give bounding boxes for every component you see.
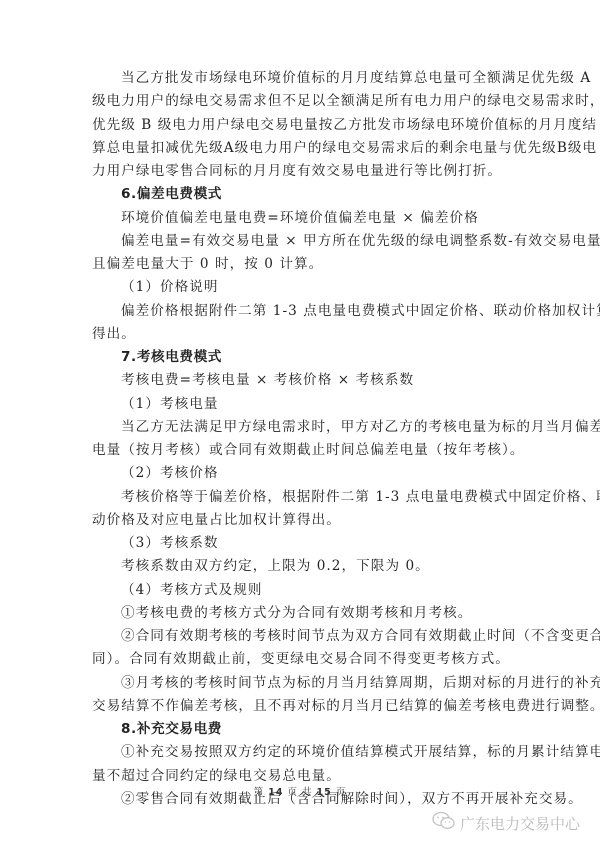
line-text: 力用户绿电零售合同标的月月度有效交易电量进行等比例打折。 [92, 163, 502, 179]
paragraph-line: 同）。合同有效期截止前，变更绿电交易合同不得变更考核方式。 [92, 648, 510, 671]
document-body: 当乙方批发市场绿电环境价值标的月月度结算总电量可全额满足优先级 A级电力用户的绿… [92, 67, 510, 811]
watermark-text: 广东电力交易中心 [460, 813, 580, 834]
paragraph-line: 电量（按月考核）或合同有效期截止时间总偏差电量（按年考核）。 [92, 439, 510, 462]
wechat-icon [432, 811, 460, 835]
paragraph-line: ①考核电费的考核方式分为合同有效期考核和月考核。 [92, 602, 510, 625]
paragraph-line: 交易结算不作偏差考核，且不再对标的月当月已结算的偏差考核电费进行调整。 [92, 695, 510, 718]
footer-middle: 页 共 [287, 787, 312, 798]
line-text: （1）价格说明 [121, 279, 219, 295]
line-text: 偏差价格根据附件二第 1-3 点电量电费模式中固定价格、联动价格加权计算 [121, 300, 510, 323]
paragraph-line: 优先级 B 级电力用户绿电交易电量按乙方批发市场绿电环境价值标的月月度结 [92, 114, 510, 137]
paragraph-line: 力用户绿电零售合同标的月月度有效交易电量进行等比例打折。 [92, 160, 510, 183]
line-text: 6.偏差电费模式 [121, 186, 222, 202]
line-text: 偏差电量=有效交易电量 × 甲方所在优先级的绿电调整系数-有效交易电量； [121, 230, 510, 253]
line-text: 考核价格等于偏差价格，根据附件二第 1-3 点电量电费模式中固定价格、联 [121, 486, 510, 509]
paragraph-line: （1）价格说明 [92, 276, 510, 299]
line-text: ①考核电费的考核方式分为合同有效期考核和月考核。 [121, 605, 472, 621]
line-text: 算总电量扣减优先级A级电力用户的绿电交易需求后的剩余电量与优先级B级电 [92, 137, 510, 160]
line-text: ②合同有效期考核的考核时间节点为双方合同有效期截止时间（不含变更合 [121, 625, 510, 648]
document-page: 当乙方批发市场绿电环境价值标的月月度结算总电量可全额满足优先级 A级电力用户的绿… [0, 0, 600, 848]
line-text: 7.考核电费模式 [121, 349, 222, 365]
page-footer: 第 14 页 共 15 页 [0, 784, 600, 798]
line-text: 优先级 B 级电力用户绿电交易电量按乙方批发市场绿电环境价值标的月月度结 [92, 114, 510, 137]
paragraph-line: （1）考核电量 [92, 393, 510, 416]
paragraph-line: ③月考核的考核时间节点为标的月当月结算周期，后期对标的月进行的补充 [92, 672, 510, 695]
paragraph-line: （2）考核价格 [92, 462, 510, 485]
paragraph-line: 偏差价格根据附件二第 1-3 点电量电费模式中固定价格、联动价格加权计算 [92, 300, 510, 323]
paragraph-line: 考核价格等于偏差价格，根据附件二第 1-3 点电量电费模式中固定价格、联 [92, 486, 510, 509]
paragraph-line: 当乙方无法满足甲方绿电需求时，甲方对乙方的考核电量为标的月当月偏差 [92, 416, 510, 439]
paragraph-line: 偏差电量=有效交易电量 × 甲方所在优先级的绿电调整系数-有效交易电量； [92, 230, 510, 253]
footer-prefix: 第 [254, 787, 265, 798]
line-text: 同）。合同有效期截止前，变更绿电交易合同不得变更考核方式。 [92, 651, 510, 667]
section-heading: 8.补充交易电费 [92, 718, 510, 741]
line-text: 级电力用户的绿电交易需求但不足以全额满足所有电力用户的绿电交易需求时， [92, 90, 510, 113]
line-text: 考核电费=考核电量 × 考核价格 × 考核系数 [121, 372, 414, 388]
paragraph-line: 动价格及对应电量占比加权计算得出。 [92, 509, 510, 532]
section-heading: 6.偏差电费模式 [92, 183, 510, 206]
line-text: 量不超过合同约定的绿电交易总电量。 [92, 768, 341, 784]
footer-suffix: 页 [336, 787, 347, 798]
paragraph-line: （3）考核系数 [92, 532, 510, 555]
line-text: 当乙方批发市场绿电环境价值标的月月度结算总电量可全额满足优先级 A [121, 67, 510, 90]
line-text: 交易结算不作偏差考核，且不再对标的月当月已结算的偏差考核电费进行调整。 [92, 695, 510, 718]
paragraph-line: 且偏差电量大于 0 时，按 0 计算。 [92, 253, 510, 276]
watermark: 广东电力交易中心 [432, 812, 580, 834]
paragraph-line: ②合同有效期考核的考核时间节点为双方合同有效期截止时间（不含变更合 [92, 625, 510, 648]
line-text: 且偏差电量大于 0 时，按 0 计算。 [92, 256, 323, 272]
paragraph-line: ①补充交易按照双方约定的环境价值结算模式开展结算，标的月累计结算电 [92, 741, 510, 764]
line-text: 考核系数由双方约定，上限为 0.2，下限为 0。 [121, 558, 430, 574]
line-text: （3）考核系数 [121, 535, 219, 551]
line-text: 环境价值偏差电量电费=环境价值偏差电量 × 偏差价格 [121, 210, 479, 226]
line-text: 动价格及对应电量占比加权计算得出。 [92, 512, 341, 528]
paragraph-line: 当乙方批发市场绿电环境价值标的月月度结算总电量可全额满足优先级 A [92, 67, 510, 90]
line-text: 8.补充交易电费 [121, 721, 222, 737]
line-text: （1）考核电量 [121, 396, 219, 412]
section-heading: 7.考核电费模式 [92, 346, 510, 369]
paragraph-line: 算总电量扣减优先级A级电力用户的绿电交易需求后的剩余电量与优先级B级电 [92, 137, 510, 160]
total-pages-number: 15 [317, 787, 332, 798]
line-text: （4）考核方式及规则 [121, 582, 263, 598]
paragraph-line: 环境价值偏差电量电费=环境价值偏差电量 × 偏差价格 [92, 207, 510, 230]
line-text: ③月考核的考核时间节点为标的月当月结算周期，后期对标的月进行的补充 [121, 672, 510, 695]
paragraph-line: （4）考核方式及规则 [92, 579, 510, 602]
paragraph-line: 级电力用户的绿电交易需求但不足以全额满足所有电力用户的绿电交易需求时， [92, 90, 510, 113]
paragraph-line: 考核电费=考核电量 × 考核价格 × 考核系数 [92, 369, 510, 392]
line-text: 当乙方无法满足甲方绿电需求时，甲方对乙方的考核电量为标的月当月偏差 [121, 416, 510, 439]
paragraph-line: 考核系数由双方约定，上限为 0.2，下限为 0。 [92, 555, 510, 578]
line-text: 电量（按月考核）或合同有效期截止时间总偏差电量（按年考核）。 [92, 442, 525, 458]
line-text: （2）考核价格 [121, 465, 219, 481]
line-text: 得出。 [92, 326, 136, 342]
line-text: ①补充交易按照双方约定的环境价值结算模式开展结算，标的月累计结算电 [121, 741, 510, 764]
paragraph-line: 得出。 [92, 323, 510, 346]
current-page-number: 14 [268, 787, 283, 798]
